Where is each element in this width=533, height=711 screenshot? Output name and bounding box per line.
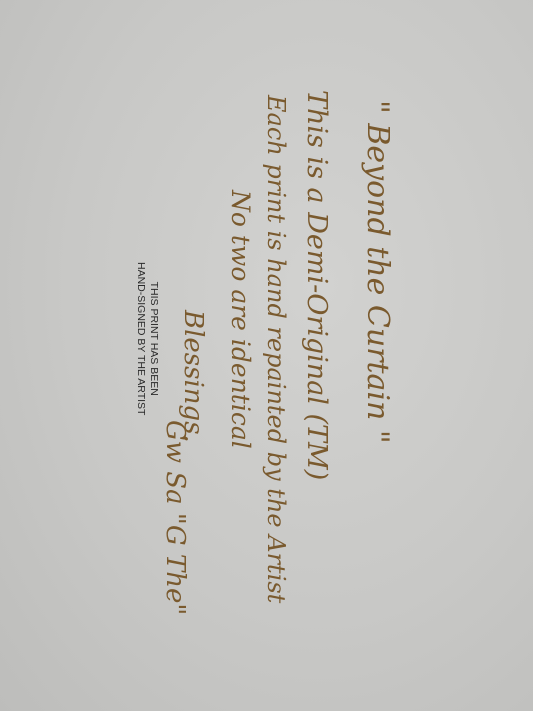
handwritten-line-demi-original: This is a Demi-Original (TM) [301, 90, 332, 480]
printed-line-1: THIS PRINT HAS BEEN [147, 262, 160, 415]
artist-signature: Gw Sa "G The" [160, 420, 190, 615]
printed-line-2: HAND-SIGNED BY THE ARTIST [134, 262, 147, 415]
handwritten-line-no-two-identical: No two are identical [226, 190, 255, 449]
handwritten-line-hand-repainted: Each print is hand repainted by the Arti… [262, 95, 290, 603]
printed-signed-notice: THIS PRINT HAS BEEN HAND-SIGNED BY THE A… [134, 262, 160, 415]
handwritten-title: " Beyond the Curtain " [360, 100, 395, 444]
